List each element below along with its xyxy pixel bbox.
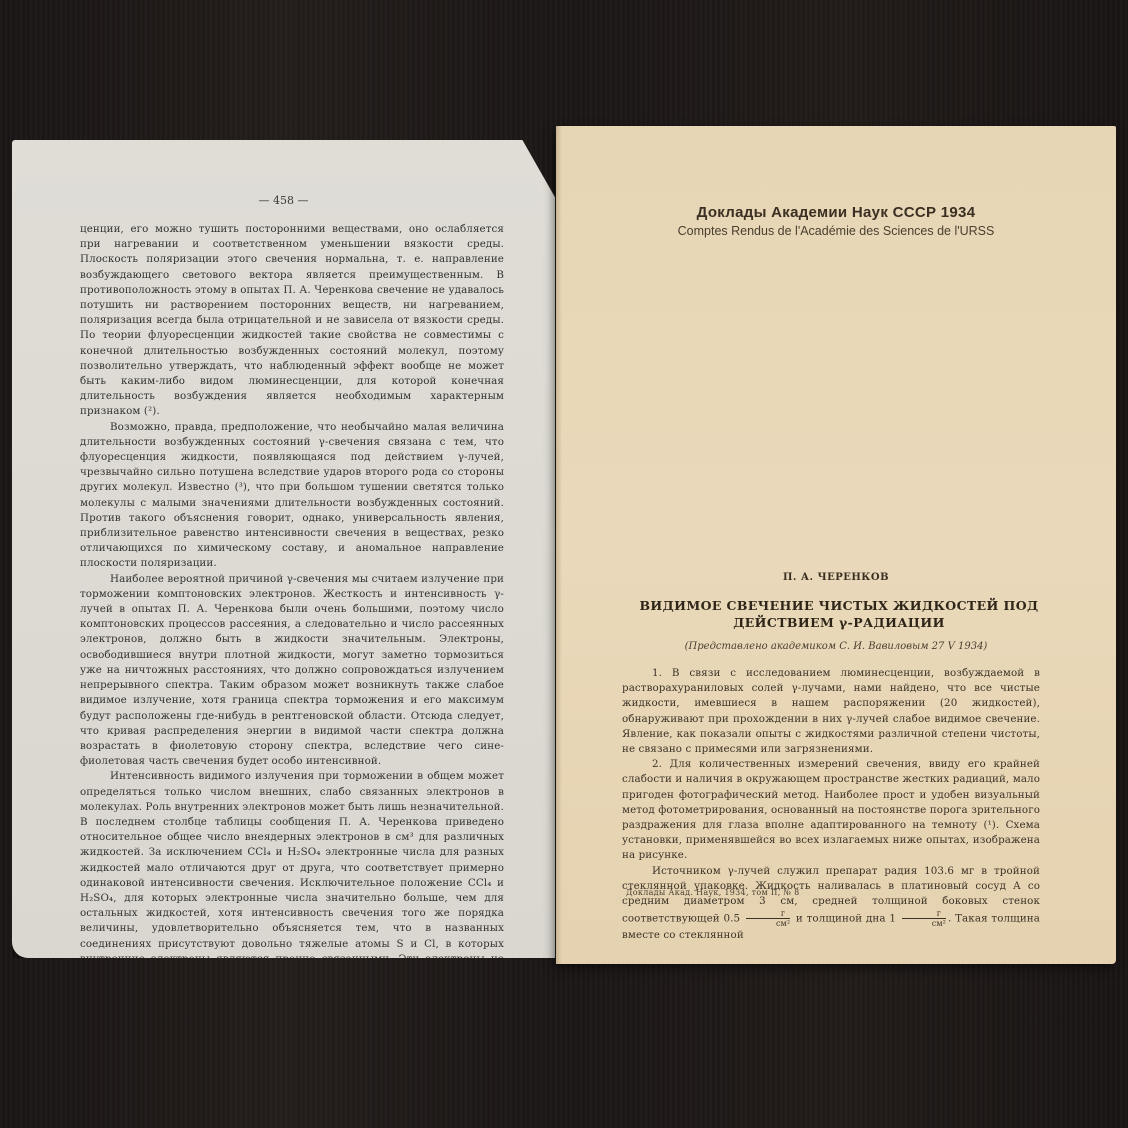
- left-page-body: ценции, его можно тушить посторонними ве…: [80, 222, 504, 1058]
- right-page: Доклады Академии Наук СССР 1934 Comptes …: [556, 126, 1116, 964]
- left-paragraph-2: Возможно, правда, предположение, что нео…: [80, 420, 504, 572]
- paragraph-text: и толщиной дна 1: [796, 913, 896, 925]
- footer-reference: Доклады Акад. Наук, 1934, том II, № 8: [626, 888, 800, 897]
- article-author: П. А. ЧЕРЕНКОВ: [556, 572, 1116, 583]
- left-paragraph-3: Наиболее вероятной причиной γ-свечения м…: [80, 572, 504, 770]
- page-number: — 458 —: [12, 194, 555, 207]
- right-paragraph-1: 1. В связи с исследованием люминесценции…: [622, 666, 1040, 757]
- fraction-g-per-cm2: гсм²: [902, 909, 946, 928]
- fraction-g-per-cm2: гсм²: [746, 909, 790, 928]
- left-paragraph-1: ценции, его можно тушить посторонними ве…: [80, 222, 504, 420]
- right-paragraph-3: Источником γ-лучей служил препарат радия…: [622, 864, 1040, 944]
- left-page: — 458 — ценции, его можно тушить посторо…: [12, 140, 555, 958]
- right-page-body: 1. В связи с исследованием люминесценции…: [622, 666, 1040, 943]
- article-title: ВИДИМОЕ СВЕЧЕНИЕ ЧИСТЫХ ЖИДКОСТЕЙ ПОД ДЕ…: [622, 597, 1056, 631]
- right-paragraph-2: 2. Для количественных измерений свечения…: [622, 757, 1040, 863]
- journal-subtitle: Comptes Rendus de l'Académie des Science…: [556, 224, 1116, 238]
- presented-by: (Представлено академиком С. И. Вавиловым…: [556, 641, 1116, 652]
- journal-title: Доклады Академии Наук СССР 1934: [556, 204, 1116, 221]
- left-paragraph-4: Интенсивность видимого излучения при тор…: [80, 769, 504, 982]
